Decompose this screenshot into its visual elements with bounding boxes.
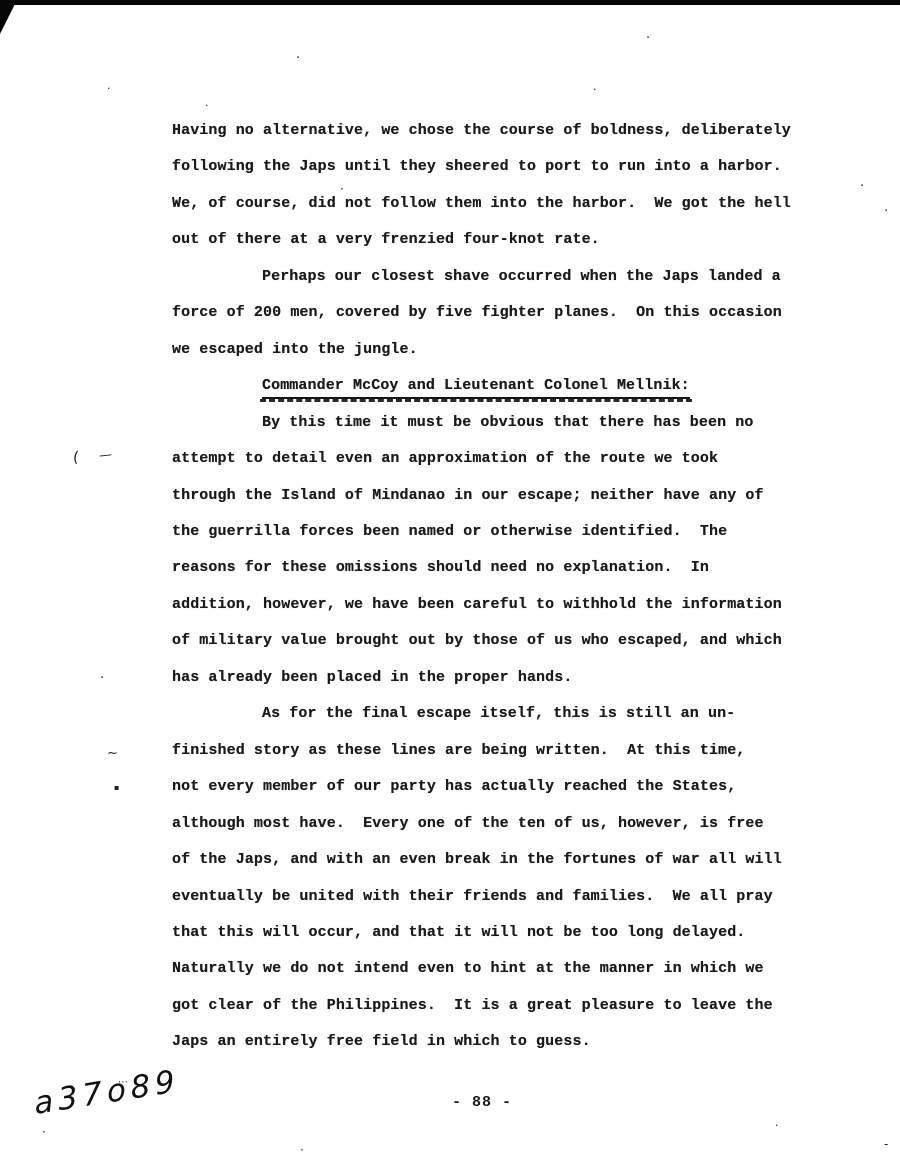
scan-speck: · [646,32,650,45]
text-line: got clear of the Philippines. It is a gr… [172,988,812,1024]
text-line: As for the final escape itself, this is … [172,696,812,732]
text-line: the guerrilla forces been named or other… [172,514,812,550]
text-line: not every member of our party has actual… [172,769,812,805]
text-line: Perhaps our closest shave occurred when … [172,259,812,295]
scan-speck: · [884,205,888,218]
text-line: has already been placed in the proper ha… [172,660,812,696]
scan-speck: — [98,448,112,462]
scan-speck: ⋯ [118,1078,128,1088]
text-line: By this time it must be obvious that the… [172,405,812,441]
scan-speck: · [593,84,597,95]
scan-speck: · [205,100,209,111]
scan-speck: · [107,83,111,94]
text-line: we escaped into the jungle. [172,332,812,368]
text-line: that this will occur, and that it will n… [172,915,812,951]
text-line: eventually be united with their friends … [172,879,812,915]
scan-speck: ~ [107,747,118,760]
page-number: - 88 - [452,1094,512,1111]
document-text: Having no alternative, we chose the cour… [172,113,812,1061]
text-line: reasons for these omissions should need … [172,550,812,586]
text-line: out of there at a very frenzied four-kno… [172,222,812,258]
text-line: attempt to detail even an approximation … [172,441,812,477]
text-line: We, of course, did not follow them into … [172,186,812,222]
text-line: through the Island of Mindanao in our es… [172,478,812,514]
text-line: of the Japs, and with an even break in t… [172,842,812,878]
scan-corner-artifact [0,0,17,34]
text-line: addition, however, we have been careful … [172,587,812,623]
handwritten-reference-number: a37o89 [33,1063,181,1122]
scan-speck: · [100,672,104,685]
text-line: following the Japs until they sheered to… [172,149,812,185]
text-line: finished story as these lines are being … [172,733,812,769]
text-line: although most have. Every one of the ten… [172,806,812,842]
scanned-page: { "page": { "background": "#ffffff", "in… [0,0,900,1166]
section-heading-text: Commander McCoy and Lieutenant Colonel M… [262,375,690,399]
text-line: Having no alternative, we chose the cour… [172,113,812,149]
text-line: Naturally we do not intend even to hint … [172,951,812,987]
scan-speck: · [300,1144,304,1156]
scan-edge-artifact-top [0,0,900,5]
scan-speck: ( [72,450,79,465]
scan-speck: · [775,1120,779,1131]
scan-speck: - [884,1138,888,1150]
scan-speck: ▪ [114,784,119,792]
scan-speck: · [42,1126,46,1138]
text-line: force of 200 men, covered by five fighte… [172,295,812,331]
scan-speck: · [340,183,344,195]
text-line: of military value brought out by those o… [172,623,812,659]
text-line: Japs an entirely free field in which to … [172,1024,812,1060]
scan-speck: · [296,52,300,65]
section-heading: Commander McCoy and Lieutenant Colonel M… [172,368,812,404]
scan-speck: · [860,180,864,193]
